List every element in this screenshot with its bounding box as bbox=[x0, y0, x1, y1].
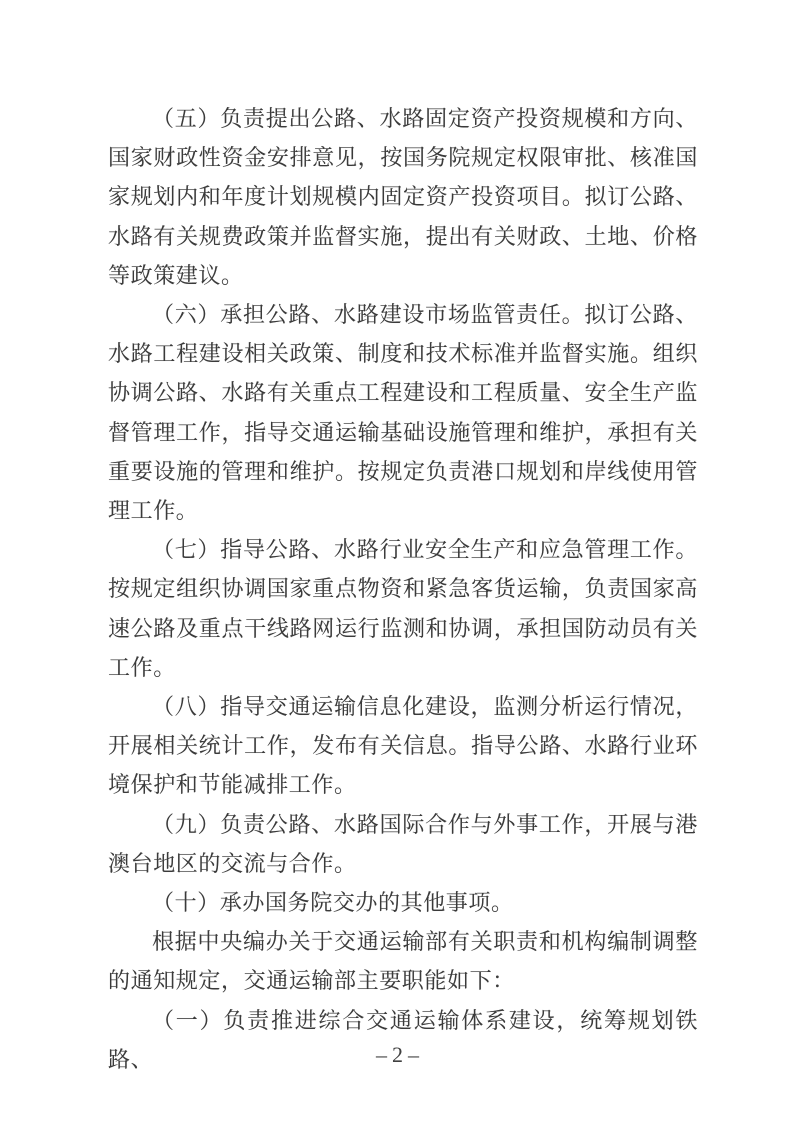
document-paragraph: （十）承办国务院交办的其他事项。 bbox=[108, 883, 698, 922]
document-page: （五）负责提出公路、水路固定资产投资规模和方向、国家财政性资金安排意见，按国务院… bbox=[0, 0, 800, 1131]
document-paragraph: （五）负责提出公路、水路固定资产投资规模和方向、国家财政性资金安排意见，按国务院… bbox=[108, 99, 698, 295]
document-paragraph: （九）负责公路、水路国际合作与外事工作，开展与港澳台地区的交流与合作。 bbox=[108, 805, 698, 883]
page-footer: –2– bbox=[0, 1040, 800, 1070]
document-body: （五）负责提出公路、水路固定资产投资规模和方向、国家财政性资金安排意见，按国务院… bbox=[108, 99, 698, 1079]
document-paragraph: （七）指导公路、水路行业安全生产和应急管理工作。按规定组织协调国家重点物资和紧急… bbox=[108, 530, 698, 687]
document-paragraph: （六）承担公路、水路建设市场监管责任。拟订公路、水路工程建设相关政策、制度和技术… bbox=[108, 295, 698, 530]
document-paragraph: （八）指导交通运输信息化建设，监测分析运行情况，开展相关统计工作，发布有关信息。… bbox=[108, 687, 698, 805]
document-paragraph: 根据中央编办关于交通运输部有关职责和机构编制调整的通知规定，交通运输部主要职能如… bbox=[108, 922, 698, 1000]
page-number: –2– bbox=[376, 1042, 424, 1067]
